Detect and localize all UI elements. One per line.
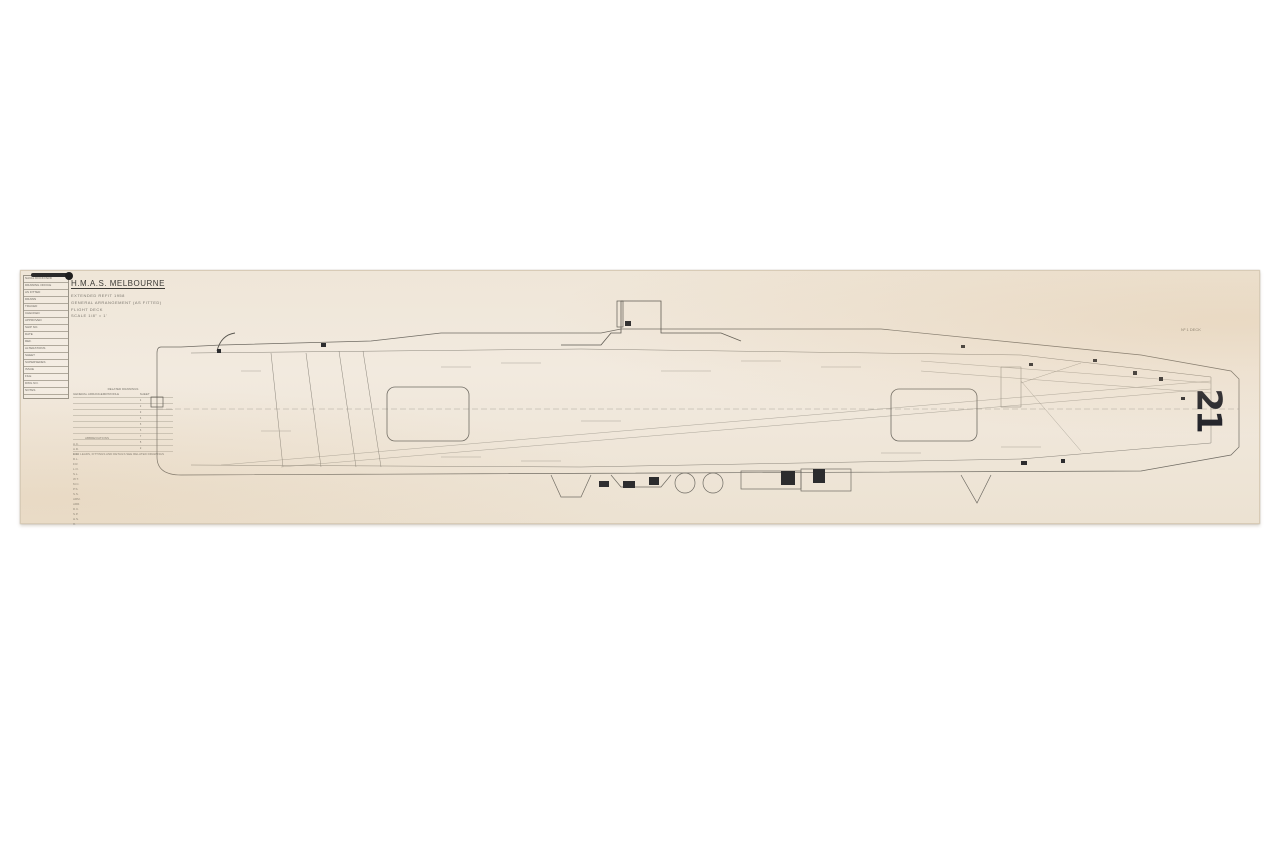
after-lift: [387, 387, 469, 441]
flight-deck-drawing: [21, 271, 1259, 523]
forward-lift: [891, 389, 977, 441]
sheet-label: Nº 1 DECK: [1181, 327, 1201, 332]
pennant-number: 21: [1192, 388, 1226, 431]
ship-plan-sheet: NAVAL DOCKYARDDRAWING OFFICEAS FITTEDDRA…: [20, 270, 1260, 524]
